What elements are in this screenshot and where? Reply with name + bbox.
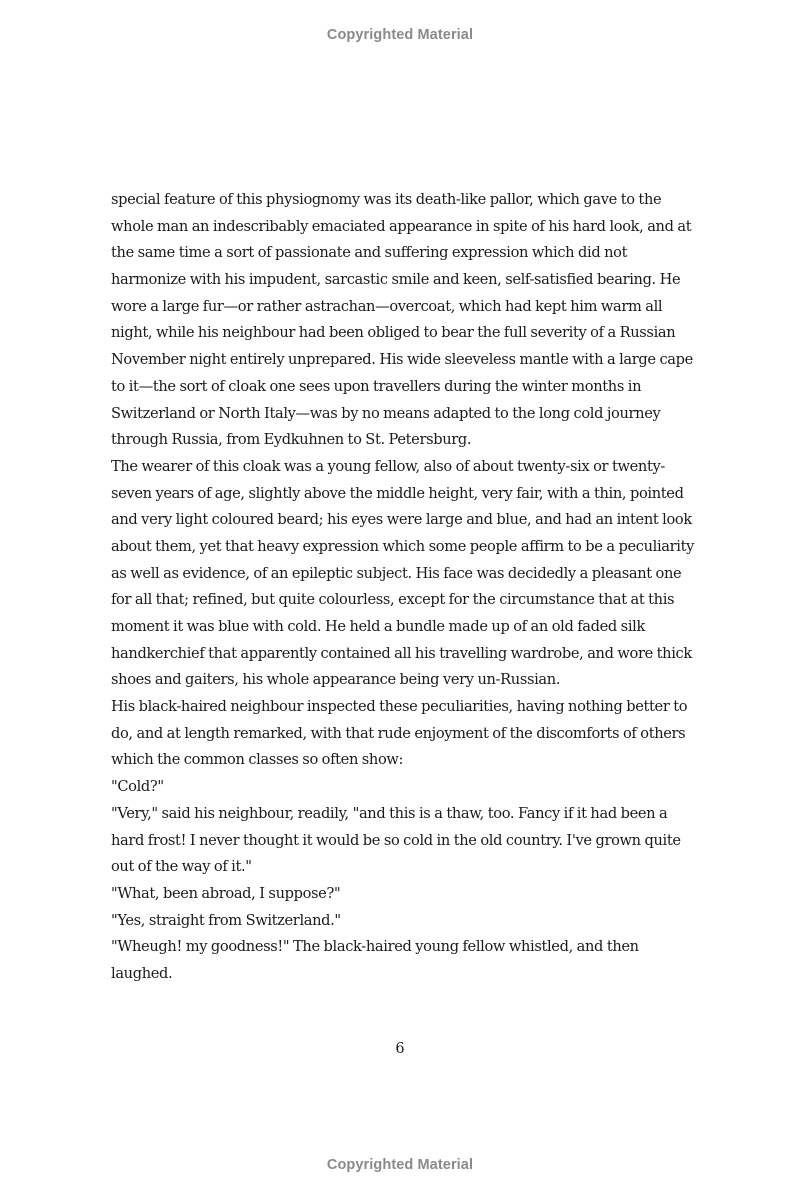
text-line: November night entirely unprepared. His … bbox=[111, 347, 701, 374]
text-line: which the common classes so often show: bbox=[111, 747, 701, 774]
text-line: "What, been abroad, I suppose?" bbox=[111, 881, 701, 908]
text-line: harmonize with his impudent, sarcastic s… bbox=[111, 267, 701, 294]
text-line: to it—the sort of cloak one sees upon tr… bbox=[111, 374, 701, 401]
text-line: night, while his neighbour had been obli… bbox=[111, 320, 701, 347]
text-line: "Wheugh! my goodness!" The black-haired … bbox=[111, 934, 701, 961]
text-line: moment it was blue with cold. He held a … bbox=[111, 614, 701, 641]
text-line: through Russia, from Eydkuhnen to St. Pe… bbox=[111, 427, 701, 454]
text-line: special feature of this physiognomy was … bbox=[111, 187, 701, 214]
text-line: His black-haired neighbour inspected the… bbox=[111, 694, 701, 721]
text-line: handkerchief that apparently contained a… bbox=[111, 641, 701, 668]
text-line: Switzerland or North Italy—was by no mea… bbox=[111, 401, 701, 428]
text-line: for all that; refined, but quite colourl… bbox=[111, 587, 701, 614]
text-line: as well as evidence, of an epileptic sub… bbox=[111, 561, 701, 588]
text-line: and very light coloured beard; his eyes … bbox=[111, 507, 701, 534]
page-number: 6 bbox=[0, 1041, 800, 1057]
text-line: The wearer of this cloak was a young fel… bbox=[111, 454, 701, 481]
text-line: hard frost! I never thought it would be … bbox=[111, 828, 701, 855]
text-line: wore a large fur—or rather astrachan—ove… bbox=[111, 294, 701, 321]
copyright-watermark-header: Copyrighted Material bbox=[0, 27, 800, 43]
text-line: out of the way of it." bbox=[111, 854, 701, 881]
text-line: about them, yet that heavy expression wh… bbox=[111, 534, 701, 561]
text-line: "Cold?" bbox=[111, 774, 701, 801]
text-line: seven years of age, slightly above the m… bbox=[111, 481, 701, 508]
page-body-text: special feature of this physiognomy was … bbox=[111, 187, 701, 988]
text-line: laughed. bbox=[111, 961, 701, 988]
text-line: whole man an indescribably emaciated app… bbox=[111, 214, 701, 241]
text-line: "Very," said his neighbour, readily, "an… bbox=[111, 801, 701, 828]
text-line: do, and at length remarked, with that ru… bbox=[111, 721, 701, 748]
text-line: the same time a sort of passionate and s… bbox=[111, 240, 701, 267]
text-line: "Yes, straight from Switzerland." bbox=[111, 908, 701, 935]
copyright-watermark-footer: Copyrighted Material bbox=[0, 1157, 800, 1173]
text-line: shoes and gaiters, his whole appearance … bbox=[111, 667, 701, 694]
